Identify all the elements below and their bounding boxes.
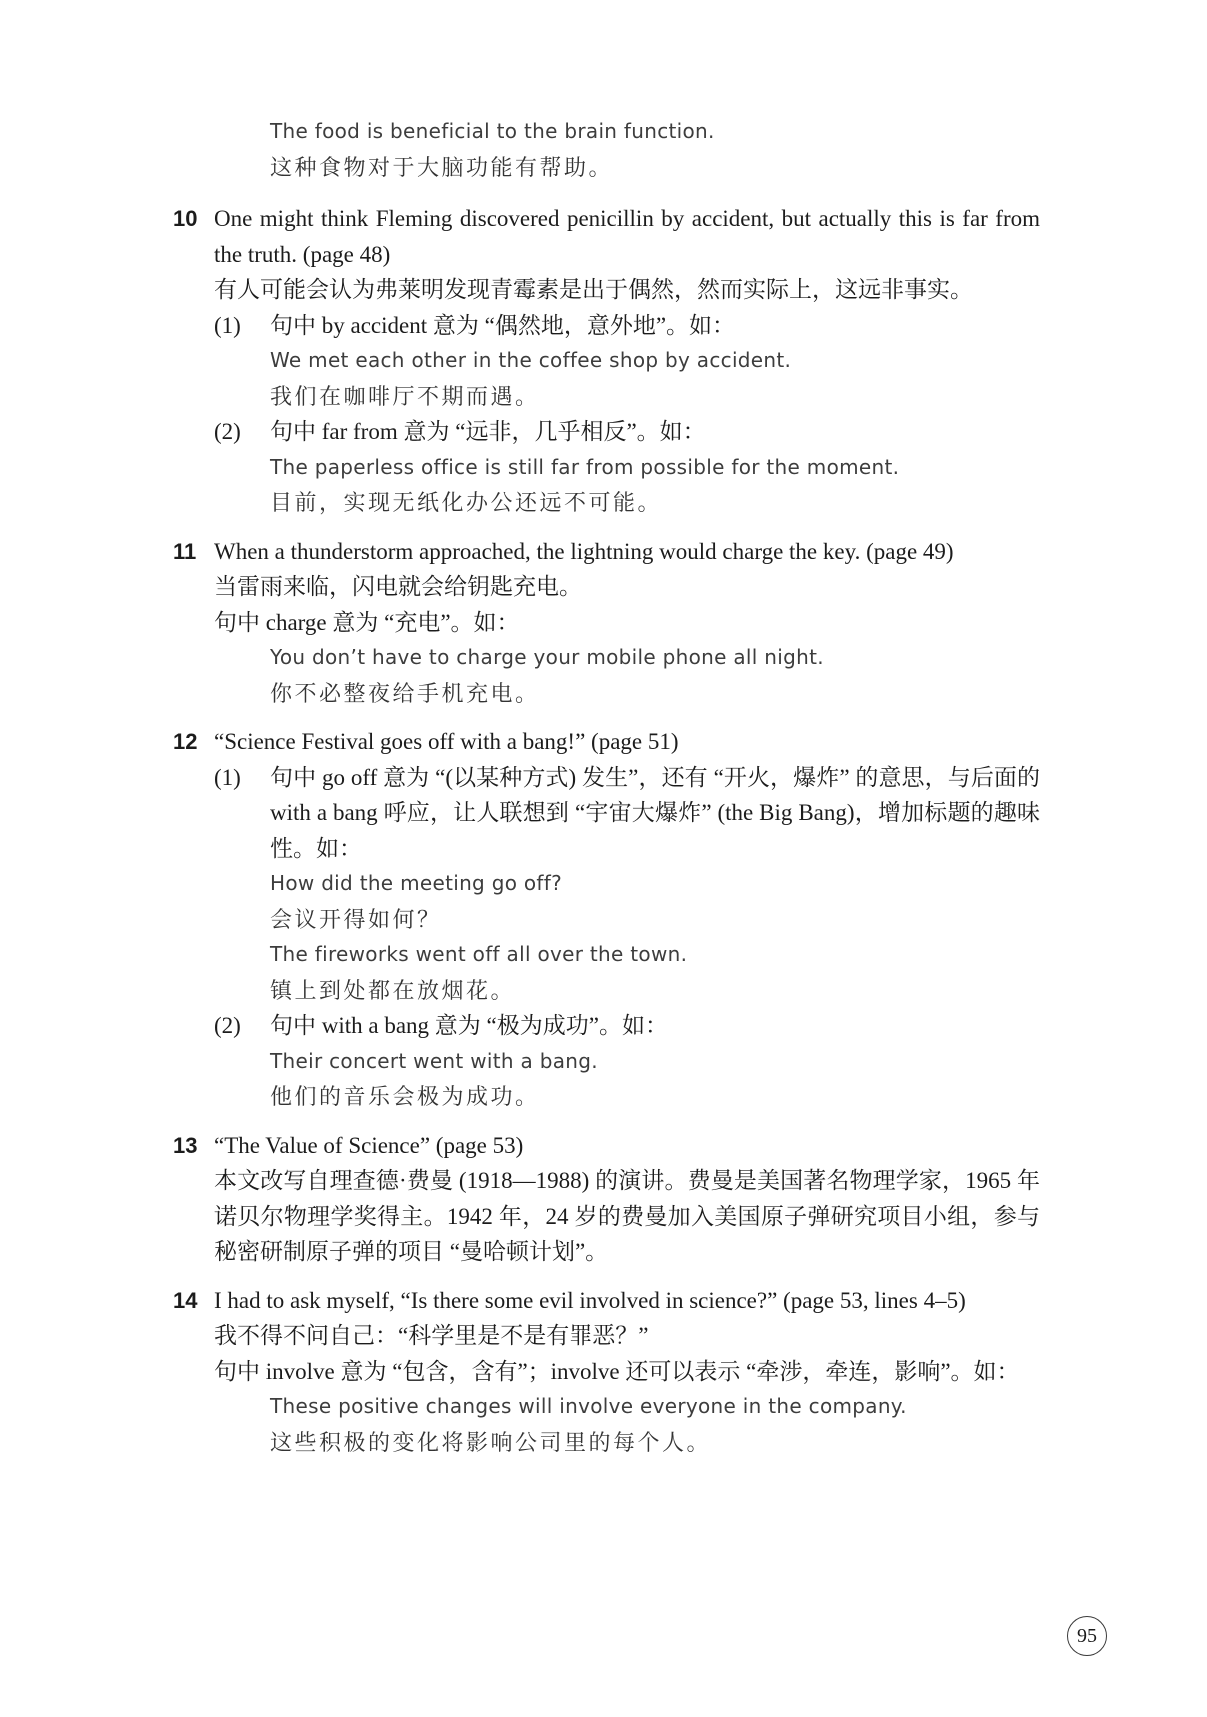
example-translation-zh: 这种食物对于大脑功能有帮助。 xyxy=(270,150,1040,186)
example-block: You don’t have to charge your mobile pho… xyxy=(270,640,1040,711)
usage-note: 句中 involve 意为 “包含，含有”；involve 还可以表示 “牵涉，… xyxy=(214,1354,1040,1390)
item-sentence-en: When a thunderstorm approached, the ligh… xyxy=(214,534,1040,570)
example-sentence-en: The fireworks went off all over the town… xyxy=(270,937,1040,973)
numbered-item-10: 10 One might think Fleming discovered pe… xyxy=(173,201,1040,521)
sub-item-marker: (2) xyxy=(214,1008,270,1115)
page-content: The food is beneficial to the brain func… xyxy=(173,114,1040,1473)
sub-item-1: (1) 句中 go off 意为 “(以某种方式) 发生”，还有 “开火，爆炸”… xyxy=(214,760,1040,1009)
textbook-page: The food is beneficial to the brain func… xyxy=(0,0,1207,1717)
item-translation-zh: 当雷雨来临，闪电就会给钥匙充电。 xyxy=(214,569,1040,605)
sub-item-marker: (2) xyxy=(214,414,270,521)
item-sentence-en: One might think Fleming discovered penic… xyxy=(214,201,1040,272)
page-number-badge: 95 xyxy=(1067,1616,1107,1656)
item-body: I had to ask myself, “Is there some evil… xyxy=(214,1283,1040,1461)
item-body: “Science Festival goes off with a bang!”… xyxy=(214,724,1040,1115)
numbered-item-12: 12 “Science Festival goes off with a ban… xyxy=(173,724,1040,1115)
example-sentence-en: Their concert went with a bang. xyxy=(270,1044,1040,1080)
example-sentence-en: How did the meeting go off? xyxy=(270,866,1040,902)
item-sentence-en: “The Value of Science” (page 53) xyxy=(214,1128,1040,1164)
usage-note: 句中 far from 意为 “远非，几乎相反”。如： xyxy=(270,414,1040,450)
example-translation-zh: 我们在咖啡厅不期而遇。 xyxy=(270,379,1040,415)
sub-item-body: 句中 by accident 意为 “偶然地，意外地”。如： We met ea… xyxy=(270,308,1040,415)
numbered-item-13: 13 “The Value of Science” (page 53) 本文改写… xyxy=(173,1128,1040,1270)
usage-note: 句中 by accident 意为 “偶然地，意外地”。如： xyxy=(270,308,1040,344)
example-sentence-en: We met each other in the coffee shop by … xyxy=(270,343,1040,379)
numbered-item-14: 14 I had to ask myself, “Is there some e… xyxy=(173,1283,1040,1461)
example-sentence-en: The paperless office is still far from p… xyxy=(270,450,1040,486)
item-translation-zh: 本文改写自理查德·费曼 (1918—1988) 的演讲。费曼是美国著名物理学家，… xyxy=(214,1163,1040,1270)
sub-item-marker: (1) xyxy=(214,760,270,1009)
item-body: When a thunderstorm approached, the ligh… xyxy=(214,534,1040,712)
sub-item-marker: (1) xyxy=(214,308,270,415)
usage-note: 句中 go off 意为 “(以某种方式) 发生”，还有 “开火，爆炸” 的意思… xyxy=(270,760,1040,867)
sub-item-2: (2) 句中 far from 意为 “远非，几乎相反”。如： The pape… xyxy=(214,414,1040,521)
item-translation-zh: 有人可能会认为弗莱明发现青霉素是出于偶然，然而实际上，这远非事实。 xyxy=(214,272,1040,308)
item-sentence-en: “Science Festival goes off with a bang!”… xyxy=(214,724,1040,760)
item-number: 10 xyxy=(173,201,214,521)
item-number: 13 xyxy=(173,1128,214,1270)
sub-item-2: (2) 句中 with a bang 意为 “极为成功”。如： Their co… xyxy=(214,1008,1040,1115)
example-translation-zh: 目前，实现无纸化办公还远不可能。 xyxy=(270,485,1040,521)
example-sentence-en: You don’t have to charge your mobile pho… xyxy=(270,640,1040,676)
example-translation-zh: 他们的音乐会极为成功。 xyxy=(270,1079,1040,1115)
example-sentence-en: These positive changes will involve ever… xyxy=(270,1389,1040,1425)
item-translation-zh: 我不得不问自己：“科学里是不是有罪恶？” xyxy=(214,1318,1040,1354)
item-body: “The Value of Science” (page 53) 本文改写自理查… xyxy=(214,1128,1040,1270)
example-translation-zh: 你不必整夜给手机充电。 xyxy=(270,676,1040,712)
page-number: 95 xyxy=(1077,1625,1097,1648)
example-translation-zh: 这些积极的变化将影响公司里的每个人。 xyxy=(270,1425,1040,1461)
numbered-item-11: 11 When a thunderstorm approached, the l… xyxy=(173,534,1040,712)
sub-item-body: 句中 far from 意为 “远非，几乎相反”。如： The paperles… xyxy=(270,414,1040,521)
item-number: 11 xyxy=(173,534,214,712)
item-number: 12 xyxy=(173,724,214,1115)
example-translation-zh: 会议开得如何？ xyxy=(270,902,1040,938)
sub-item-1: (1) 句中 by accident 意为 “偶然地，意外地”。如： We me… xyxy=(214,308,1040,415)
usage-note: 句中 with a bang 意为 “极为成功”。如： xyxy=(270,1008,1040,1044)
carryover-example-block: The food is beneficial to the brain func… xyxy=(270,114,1040,185)
example-block: These positive changes will involve ever… xyxy=(270,1389,1040,1460)
sub-item-body: 句中 with a bang 意为 “极为成功”。如： Their concer… xyxy=(270,1008,1040,1115)
item-sentence-en: I had to ask myself, “Is there some evil… xyxy=(214,1283,1040,1319)
sub-item-body: 句中 go off 意为 “(以某种方式) 发生”，还有 “开火，爆炸” 的意思… xyxy=(270,760,1040,1009)
example-sentence-en: The food is beneficial to the brain func… xyxy=(270,114,1040,150)
example-translation-zh: 镇上到处都在放烟花。 xyxy=(270,973,1040,1009)
item-number: 14 xyxy=(173,1283,214,1461)
item-body: One might think Fleming discovered penic… xyxy=(214,201,1040,521)
usage-note: 句中 charge 意为 “充电”。如： xyxy=(214,605,1040,641)
